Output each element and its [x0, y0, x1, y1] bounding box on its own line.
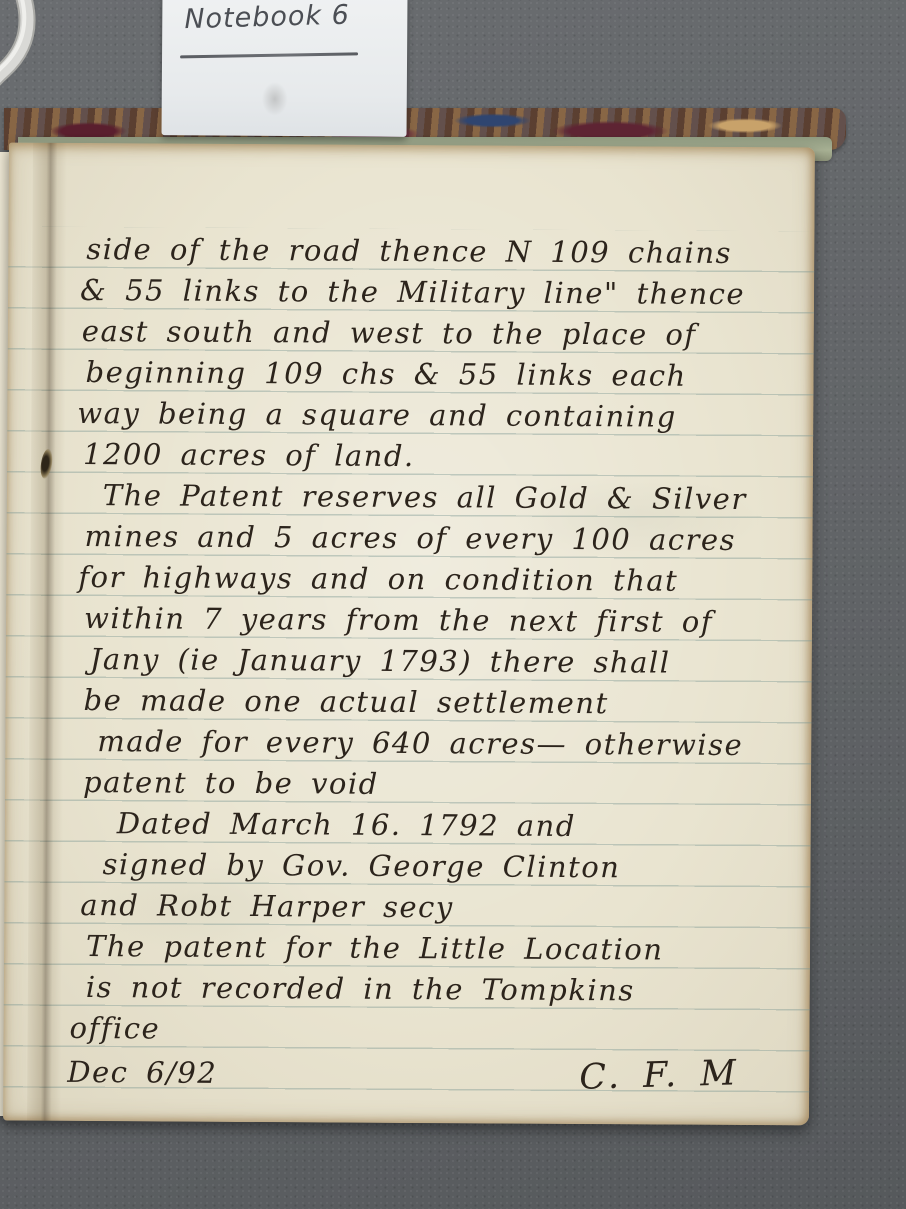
handwritten-line: east south and west to the place of	[82, 312, 796, 357]
handwritten-line: The Patent reserves all Gold & Silver	[103, 476, 795, 521]
binding-gutter	[27, 143, 67, 1121]
handwritten-line: patent to be void	[83, 763, 793, 808]
handwritten-line: The patent for the Little Location	[86, 927, 792, 972]
sticky-note-smudge	[262, 82, 288, 116]
handwritten-line: Dated March 16. 1792 and	[117, 804, 793, 849]
footer-line: Dec 6/92 C. F. M	[67, 1050, 791, 1095]
handwritten-line: be made one actual settlement	[83, 681, 793, 726]
handwritten-line: and Robt Harper secy	[80, 886, 792, 931]
handwritten-line: made for every 640 acres— otherwise	[97, 722, 793, 767]
handwritten-line: office	[69, 1009, 791, 1054]
handwritten-line: is not recorded in the Tompkins	[86, 968, 792, 1013]
notebook-page: side of the road thence N 109 chains & 5…	[3, 143, 815, 1126]
signature-initials: C. F. M	[579, 1054, 740, 1097]
sticky-note-underline	[180, 52, 358, 58]
handwritten-text: side of the road thence N 109 chains & 5…	[67, 230, 796, 1095]
handwritten-line: side of the road thence N 109 chains	[86, 230, 796, 275]
date-note: Dec 6/92	[67, 1053, 217, 1092]
handwritten-line: signed by Gov. George Clinton	[102, 845, 792, 890]
handwritten-line: way being a square and containing	[77, 394, 795, 439]
handwritten-line: beginning 109 chs & 55 links each	[85, 353, 795, 398]
photograph-of-notebook: side of the road thence N 109 chains & 5…	[0, 0, 906, 1209]
sticky-note-label: Notebook 6	[184, 0, 350, 35]
white-cord	[0, 0, 72, 124]
handwritten-line: & 55 links to the Military line" thence	[80, 271, 796, 316]
handwritten-line: within 7 years from the next first of	[84, 599, 794, 644]
handwritten-line: Jany (ie January 1793) there shall	[90, 640, 794, 685]
handwritten-line: for highways and on condition that	[78, 558, 794, 603]
handwritten-line: mines and 5 acres of every 100 acres	[84, 517, 794, 562]
handwritten-line: 1200 acres of land.	[83, 435, 795, 480]
sticky-note: Notebook 6	[162, 0, 408, 137]
